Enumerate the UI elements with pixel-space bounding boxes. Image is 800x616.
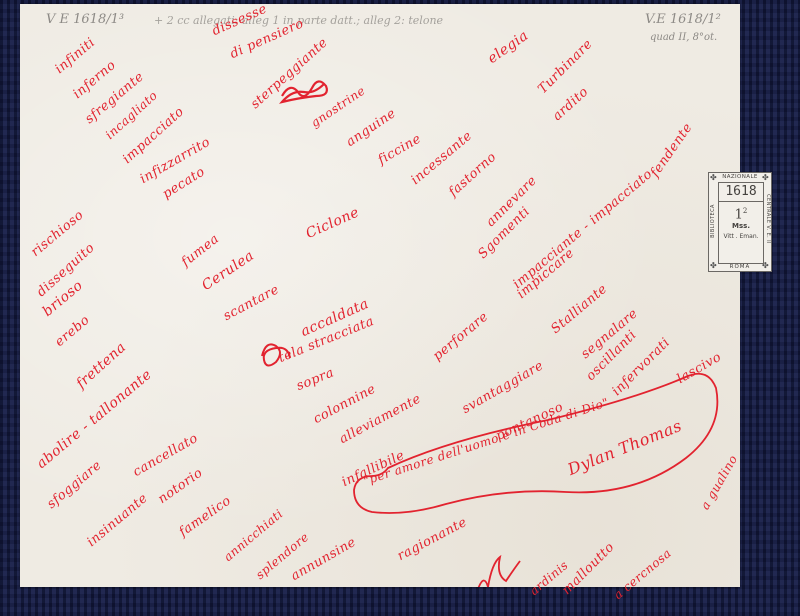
quote-loop: [354, 374, 717, 513]
ink-scribbles: [20, 4, 740, 587]
manuscript-page: V E 1618/1³ + 2 cc allegati: alleg 1 in …: [20, 4, 740, 587]
stamp-right-text: CENTRALE V. E. II: [765, 189, 771, 249]
